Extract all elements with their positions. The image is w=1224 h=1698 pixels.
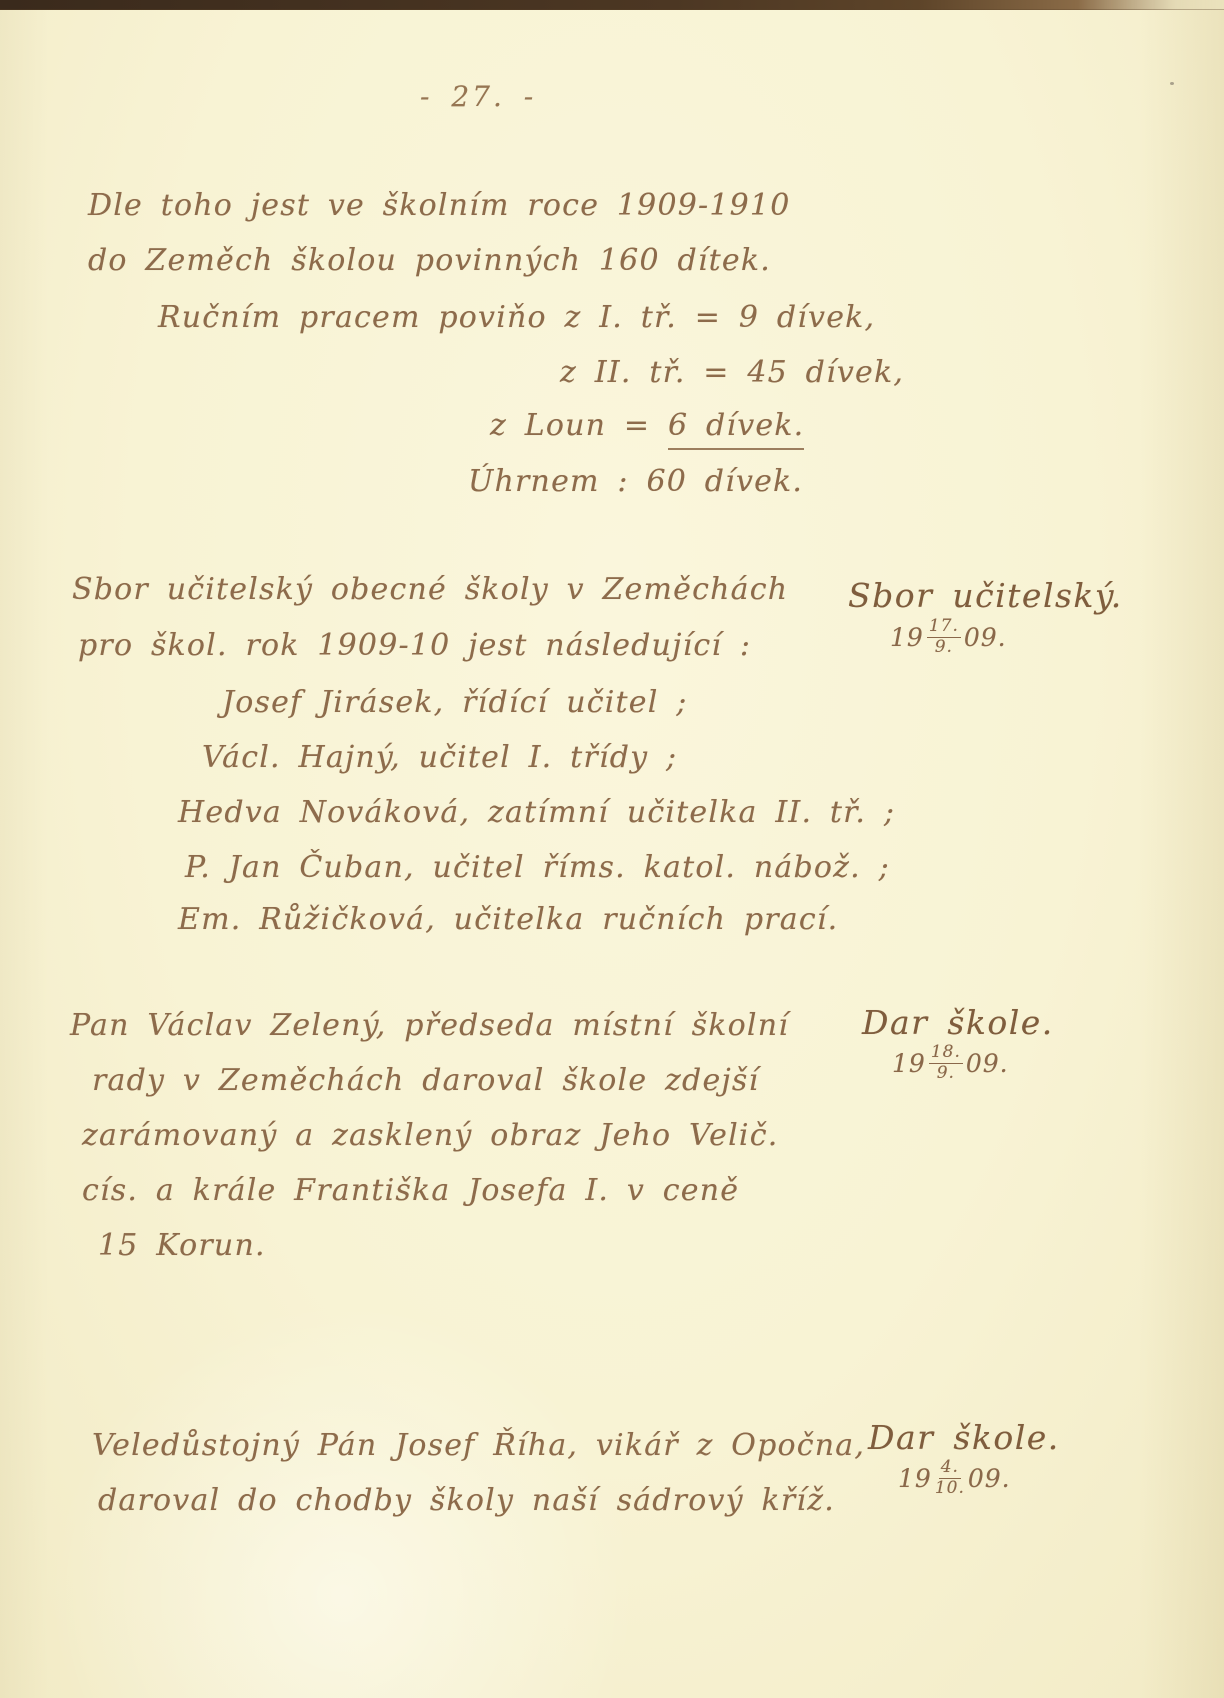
date-fraction: 4.10. [935,1459,965,1498]
teacher-list-item: Josef Jirásek, řídící učitel ; [222,685,688,720]
text-line: Pan Václav Zelený, předseda místní školn… [70,1008,789,1043]
teacher-list-item: Hedva Nováková, zatímní učitelka II. tř.… [178,795,895,830]
date-year-prefix: 19 [892,1049,926,1078]
date-day: 17. [927,618,961,638]
text-line: rady v Zeměchách daroval škole zdejší [92,1063,759,1098]
date-year-suffix: 09. [964,623,1007,652]
text-line-sum: Úhrnem : 60 dívek. [468,464,803,499]
date-year-prefix: 19 [890,623,924,652]
date-month: 10. [935,1479,965,1498]
margin-note-title: Sbor učitelský. [848,576,1123,615]
text-line: daroval do chodby školy naší sádrový kří… [98,1483,835,1518]
teacher-list-item: Em. Růžičková, učitelka ručních prací. [178,902,838,937]
margin-note-date: 1917.9.09. [890,620,1007,659]
text-line: Veledůstojný Pán Josef Říha, vikář z Opo… [92,1428,865,1463]
margin-note-date: 1918.9.09. [892,1046,1009,1085]
date-year-suffix: 09. [968,1464,1011,1493]
date-year-suffix: 09. [966,1049,1009,1078]
margin-note-title: Dar škole. [862,1003,1054,1042]
date-month: 9. [935,638,953,657]
book-binding-edge [0,0,1224,10]
loun-prefix: z Loun = [490,408,668,443]
date-year-prefix: 19 [898,1464,932,1493]
date-fraction: 17.9. [927,618,961,657]
margin-note-title: Dar škole. [868,1418,1060,1457]
date-month: 9. [937,1064,955,1083]
paper-speck [1170,82,1174,85]
text-line: z II. tř. = 45 dívek, [560,355,904,390]
text-line: zarámovaný a zasklený obraz Jeho Velič. [82,1118,778,1153]
loun-total-underlined: 6 dívek. [668,408,804,450]
text-line: Sbor učitelský obecné školy v Zeměchách [72,572,788,607]
teacher-list-item: P. Jan Čuban, učitel říms. katol. nábož.… [185,850,890,885]
page-number: - 27. - [420,80,536,113]
text-line: do Zeměch školou povinných 160 dítek. [88,243,771,278]
text-line: Dle toho jest ve školním roce 1909-1910 [88,188,791,223]
date-day: 4. [939,1459,961,1479]
text-line: pro škol. rok 1909-10 jest následující : [78,628,751,663]
teacher-list-item: Václ. Hajný, učitel I. třídy ; [202,740,677,775]
margin-note-date: 194.10.09. [898,1461,1011,1500]
text-line: 15 Korun. [98,1228,266,1263]
date-fraction: 18.9. [929,1044,963,1083]
text-line-loun: z Loun = 6 dívek. [490,408,804,450]
text-line: cís. a krále Františka Josefa I. v ceně [82,1173,739,1208]
date-day: 18. [929,1044,963,1064]
chronicle-page-scan: - 27. - Dle toho jest ve školním roce 19… [0,0,1224,1698]
text-line: Ručním pracem poviňo z I. tř. = 9 dívek, [158,300,875,335]
